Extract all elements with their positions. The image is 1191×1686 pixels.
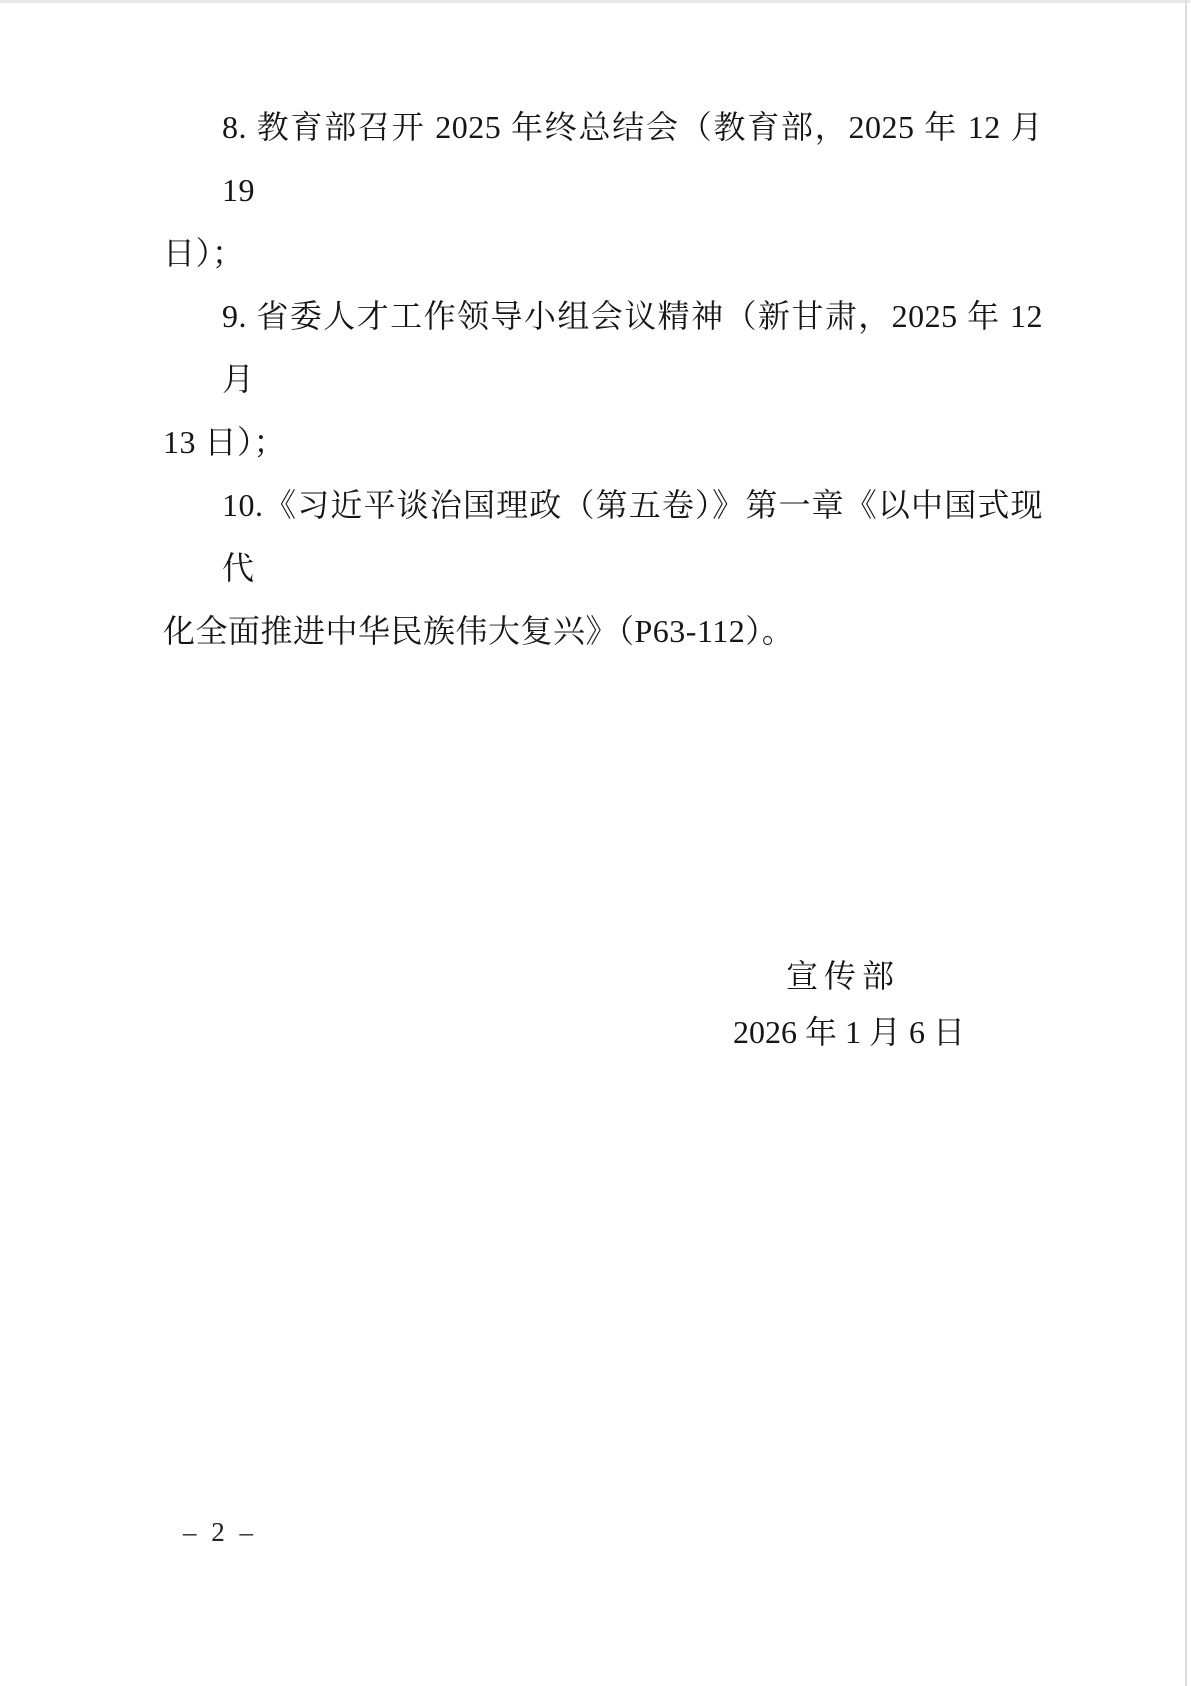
list-item-10-line-2: 化全面推进中华民族伟大复兴》（P63-112）。 (163, 600, 1043, 663)
list-item-8-line-2: 日）； (163, 222, 1043, 285)
document-page: 8. 教育部召开 2025 年终总结会（教育部，2025 年 12 月 19 日… (0, 0, 1191, 1686)
signature-department: 宣传部 (786, 951, 900, 997)
list-item-10-line-1: 10.《习近平谈治国理政（第五卷）》第一章《以中国式现代 (163, 474, 1043, 600)
list-item-9-line-1: 9. 省委人才工作领导小组会议精神（新甘肃，2025 年 12 月 (163, 285, 1043, 411)
list-item-8-line-1: 8. 教育部召开 2025 年终总结会（教育部，2025 年 12 月 19 (163, 96, 1043, 222)
document-body: 8. 教育部召开 2025 年终总结会（教育部，2025 年 12 月 19 日… (163, 96, 1043, 663)
page-number: – 2 – (183, 1517, 257, 1548)
page-right-edge (1185, 0, 1187, 1686)
list-item-9-line-2: 13 日）； (163, 411, 1043, 474)
page-top-edge (0, 0, 1191, 3)
signature-date: 2026 年 1 月 6 日 (733, 1007, 965, 1053)
